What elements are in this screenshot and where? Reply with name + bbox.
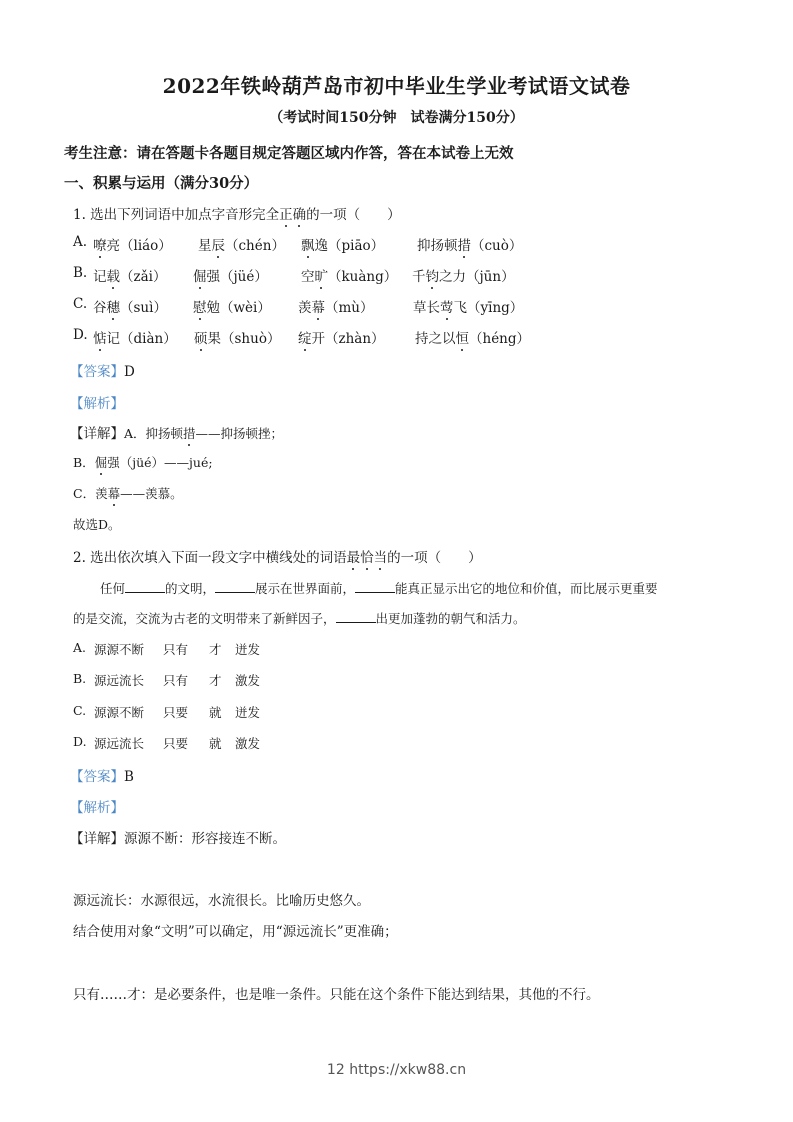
- option-item: 硕果（shuò）: [194, 327, 280, 347]
- detail-2b: 源远流长：水源很远，水流很长。比喻历史悠久。: [73, 889, 370, 909]
- passage-line-1: 任何的文明，展示在世界面前，能真正显示出它的地位和价值，而比展示更重要: [100, 579, 658, 597]
- dotted-char: 当: [374, 546, 388, 566]
- source-url[interactable]: https://xkw88.cn: [349, 1062, 466, 1078]
- option-item: 嘹亮（liáo）: [93, 234, 172, 254]
- option-item: 草长莺飞（yīng）: [413, 296, 523, 316]
- dotted-char: 确: [293, 203, 307, 223]
- blank-line: [336, 610, 376, 623]
- option-c: C. 谷穗（suì） 慰勉（wèi） 羡幕（mù） 草长莺飞（yīng）: [73, 296, 773, 316]
- option-a: A. 嘹亮（liáo） 星辰（chén） 飘逸（piāo） 抑扬顿措（cuò）: [73, 234, 773, 254]
- option-label: B.: [73, 265, 87, 281]
- option-b: B. 源远流长 只有 才 激发: [73, 671, 323, 691]
- page-number: 12: [327, 1062, 345, 1078]
- detail-1c: C．羡幕——羡慕。: [73, 484, 183, 502]
- option-item: 飘逸（piāo）: [301, 234, 384, 254]
- question-2-stem: 2. 选出依次填入下面一段文字中横线处的词语最恰当的一项（ ）: [73, 546, 482, 566]
- passage-line-2: 的是交流，交流为古老的文明带来了新鲜因子，出更加蓬勃的朝气和活力。: [73, 609, 526, 627]
- answer-label: 【答案】: [70, 769, 124, 785]
- option-item: 倔强（jüé）: [193, 265, 268, 285]
- option-item: 千钧之力（jūn）: [412, 265, 515, 285]
- answer-value: B: [124, 769, 134, 785]
- option-item: 谷穗（suì）: [93, 296, 167, 316]
- answer-value: D: [124, 364, 135, 380]
- option-item: 星辰（chén）: [198, 234, 285, 254]
- option-c: C. 源源不断 只要 就 迸发: [73, 703, 323, 723]
- option-d: D. 惦记（diàn） 硕果（shuò） 绽开（zhàn） 持之以恒（héng）: [73, 327, 773, 347]
- stem-text: 的一项（ ）: [306, 207, 401, 223]
- dotted-char: 正: [279, 203, 293, 223]
- blank-line: [215, 580, 255, 593]
- option-item: 记载（zǎi）: [93, 265, 166, 285]
- detail-1a: 【详解】A．抑扬顿措——抑扬顿挫；: [70, 422, 283, 442]
- option-item: 抑扬顿措（cuò）: [417, 234, 522, 254]
- option-item: 绽开（zhàn）: [298, 327, 385, 347]
- detail-label: 【详解】: [70, 426, 124, 442]
- detail-2c: 结合使用对象“文明”可以确定，用“源远流长”更准确；: [73, 920, 398, 940]
- analysis-label: 【解析】: [70, 392, 124, 412]
- option-label: A.: [73, 234, 87, 250]
- stem-text: 2. 选出依次填入下面一段文字中横线处的词语: [73, 550, 347, 566]
- stem-text: 1. 选出下列词语中加点字音形完全: [73, 207, 279, 223]
- page-title: 2022年铁岭葫芦岛市初中毕业生学业考试语文试卷: [0, 70, 793, 99]
- dotted-char: 最: [347, 546, 361, 566]
- answer-label: 【答案】: [70, 364, 124, 380]
- answer-1: 【答案】D: [70, 360, 135, 380]
- analysis-label: 【解析】: [70, 796, 124, 816]
- detail-2a: 【详解】源源不断：形容接连不断。: [70, 827, 286, 847]
- detail-1b: B．倔强（jüé）——jué;: [73, 453, 213, 471]
- blank-line: [355, 580, 395, 593]
- section-heading: 一、积累与运用（满分30分）: [64, 172, 258, 193]
- conclusion-1: 故选D。: [73, 515, 121, 533]
- exam-notice: 考生注意：请在答题卡各题目规定答题区域内作答，答在本试卷上无效: [64, 142, 514, 163]
- option-label: C.: [73, 296, 87, 312]
- option-item: 惦记（diàn）: [93, 327, 177, 347]
- dotted-char: 恰: [360, 546, 374, 566]
- option-d: D. 源远流长 只要 就 激发: [73, 734, 323, 754]
- detail-label: 【详解】: [70, 831, 124, 847]
- answer-2: 【答案】B: [70, 765, 134, 785]
- blank-line: [125, 580, 165, 593]
- page-footer: 12 https://xkw88.cn: [0, 1062, 793, 1078]
- option-item: 空旷（kuàng）: [301, 265, 397, 285]
- option-b: B. 记载（zǎi） 倔强（jüé） 空旷（kuàng） 千钧之力（jūn）: [73, 265, 773, 285]
- question-1-stem: 1. 选出下列词语中加点字音形完全正确的一项（ ）: [73, 203, 401, 223]
- option-item: 羡幕（mù）: [298, 296, 374, 316]
- option-label: D.: [73, 327, 88, 343]
- exam-info: （考试时间150分钟 试卷满分150分）: [0, 107, 793, 127]
- stem-text: 的一项（ ）: [387, 550, 482, 566]
- option-a: A. 源源不断 只有 才 迸发: [73, 640, 323, 660]
- option-item: 慰勉（wèi）: [193, 296, 271, 316]
- detail-2d: 只有……才：是必要条件，也是唯一条件。只能在这个条件下能达到结果，其他的不行。: [73, 983, 600, 1003]
- option-item: 持之以恒（héng）: [415, 327, 530, 347]
